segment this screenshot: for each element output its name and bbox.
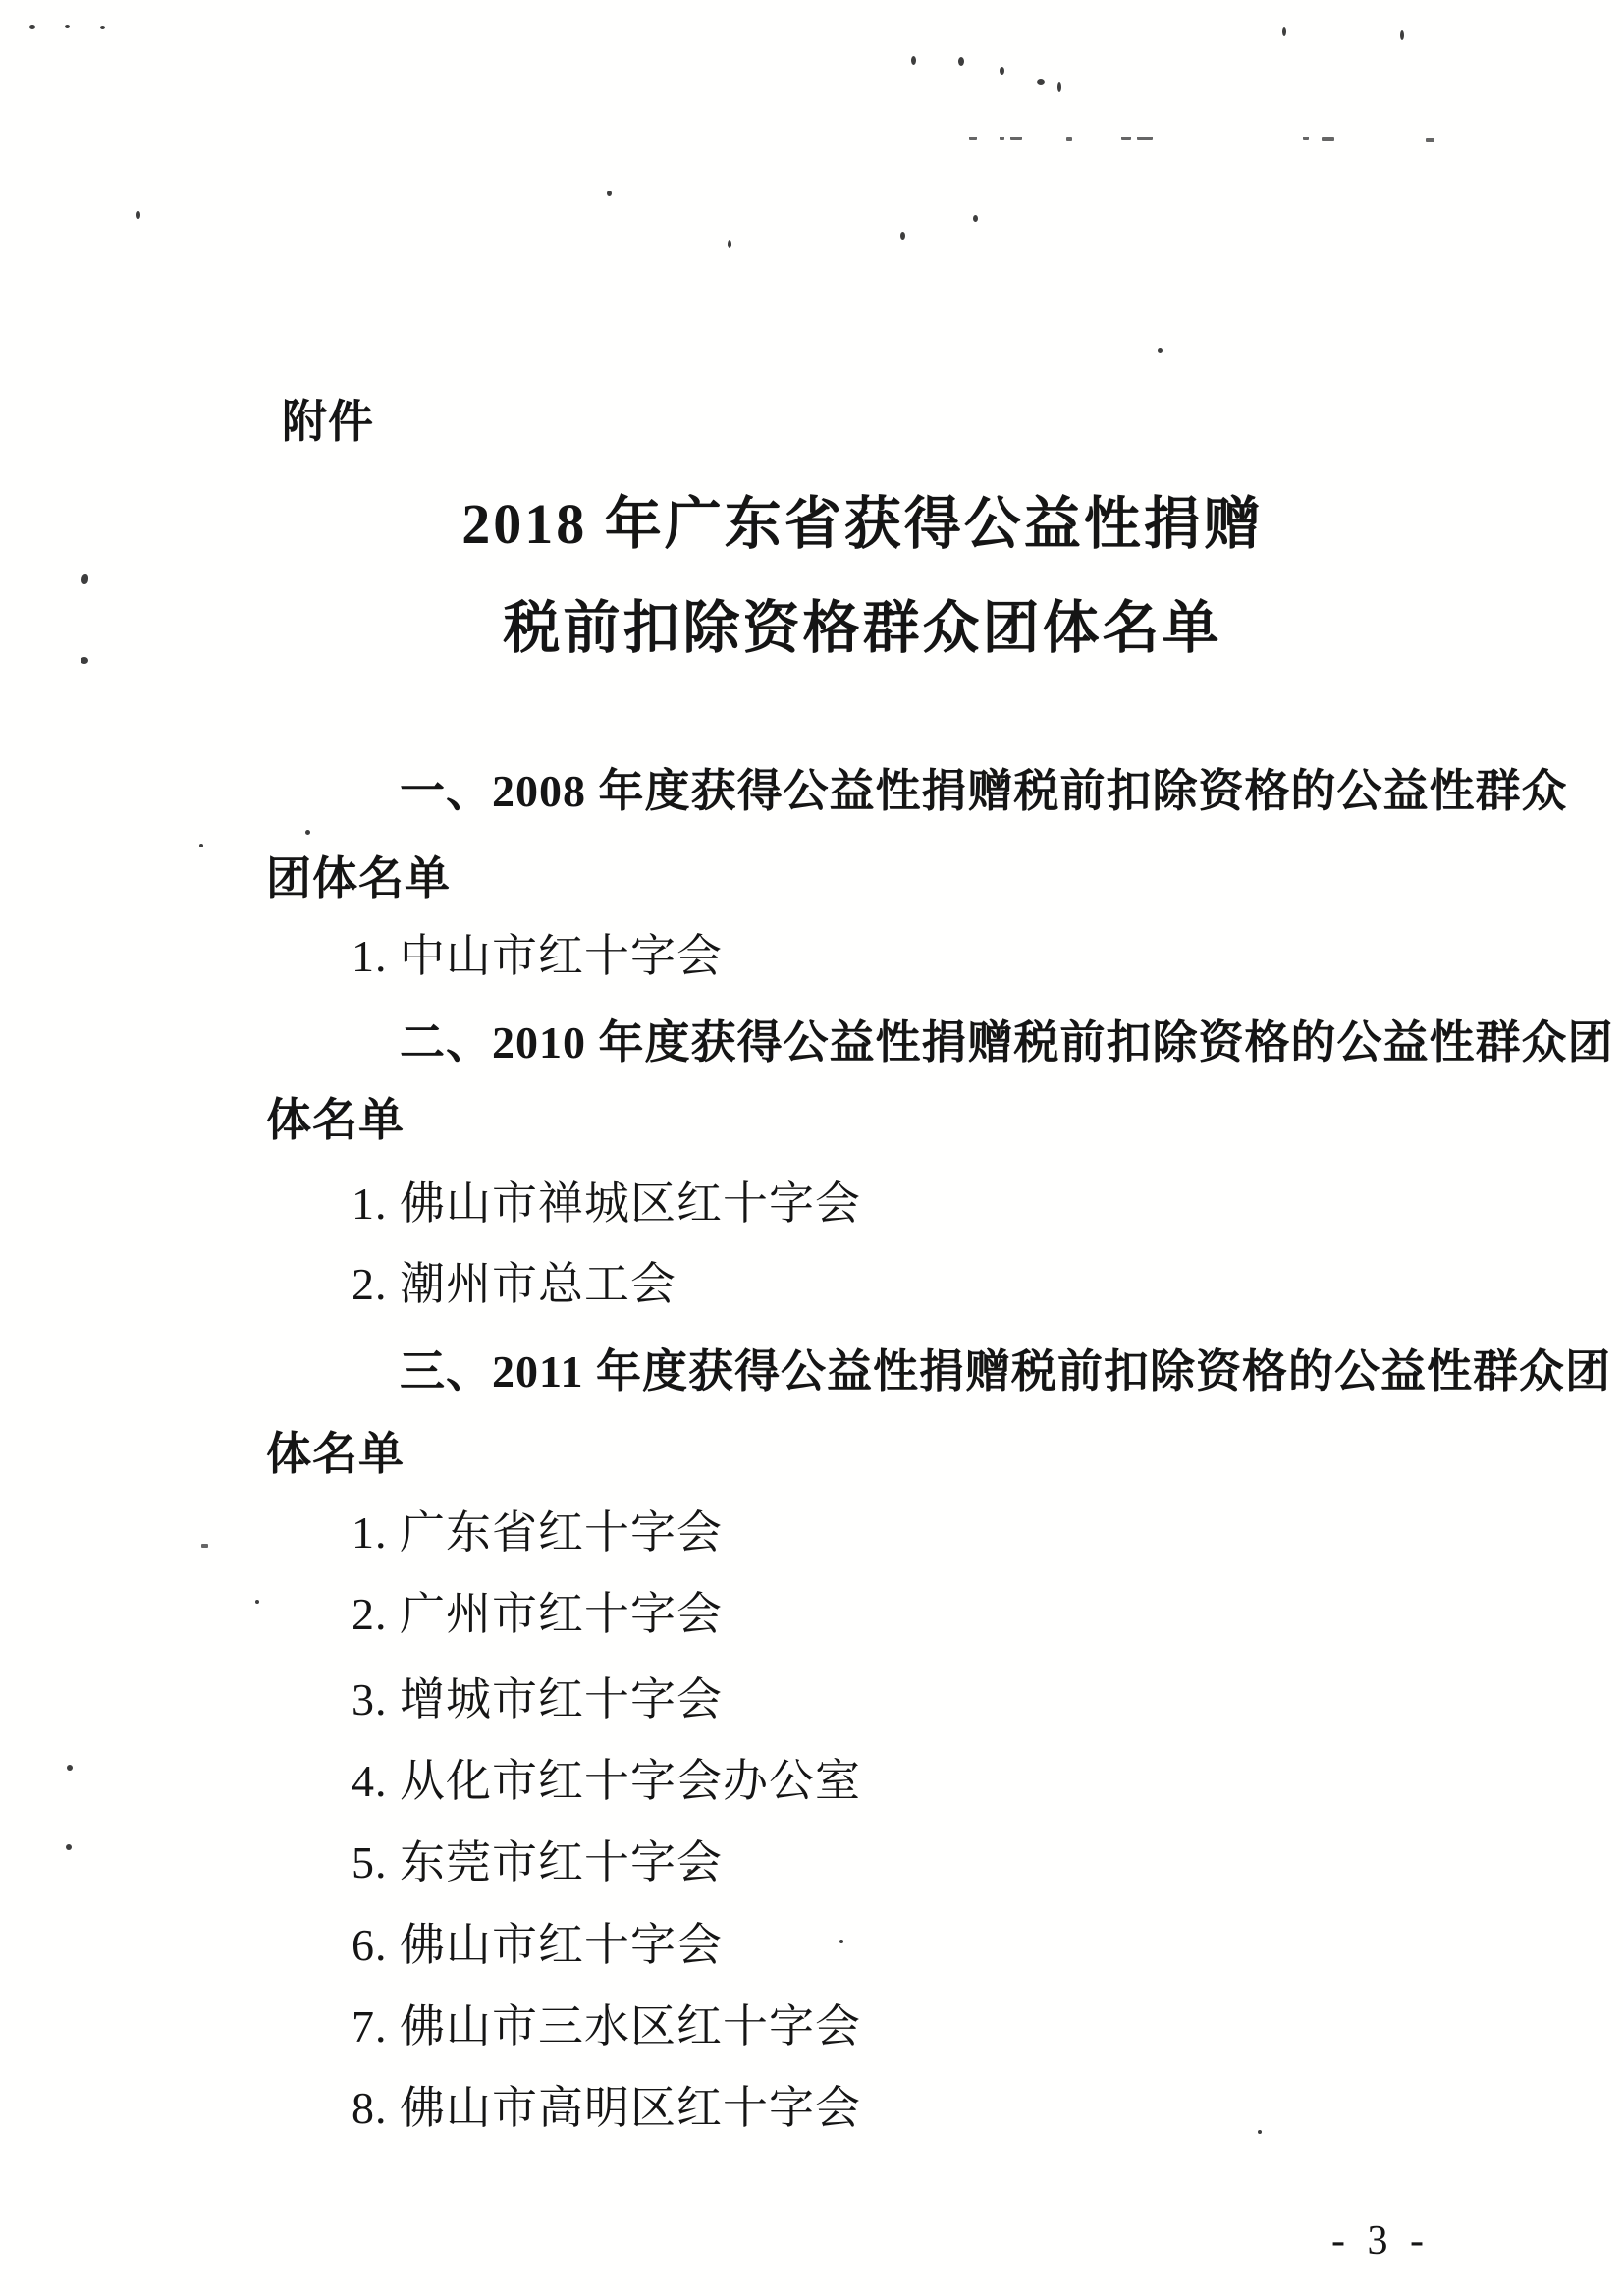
scan-speck <box>728 240 731 248</box>
scan-speck <box>1000 67 1004 75</box>
section-2-heading-continuation: 体名单 <box>266 1097 405 1144</box>
scanned-document-page: 附件 2018 年广东省获得公益性捐赠 税前扣除资格群众团体名单 一、2008 … <box>0 0 1623 2296</box>
scan-speck <box>969 137 977 140</box>
scan-speck <box>65 25 70 28</box>
section-2-heading: 二、2010 年度获得公益性捐赠税前扣除资格的公益性群众团 <box>400 1019 1614 1066</box>
scan-speck <box>136 211 140 219</box>
scan-speck <box>100 26 105 29</box>
attachment-label: 附件 <box>282 399 374 446</box>
list-item: 1. 中山市红十字会 <box>352 933 723 980</box>
section-1-heading-continuation: 团体名单 <box>266 855 451 902</box>
document-title-line1: 2018 年广东省获得公益性捐赠 <box>0 477 1623 560</box>
scan-speck <box>66 1844 72 1850</box>
scan-speck <box>911 56 916 65</box>
list-item: 5. 东莞市红十字会 <box>352 1839 723 1886</box>
list-item: 6. 佛山市红十字会 <box>352 1922 723 1969</box>
scan-speck <box>305 830 310 835</box>
list-item: 2. 潮州市总工会 <box>352 1261 676 1308</box>
scan-speck <box>1158 348 1163 353</box>
section-3-heading: 三、2011 年度获得公益性捐赠税前扣除资格的公益性群众团 <box>400 1348 1611 1395</box>
page-number: - 3 - <box>1331 2217 1430 2265</box>
section-3-heading-continuation: 体名单 <box>266 1431 405 1478</box>
scan-speck <box>1057 82 1061 92</box>
scan-speck <box>1322 137 1334 141</box>
scan-speck <box>255 1600 259 1604</box>
scan-speck <box>67 1765 73 1771</box>
scan-speck <box>1400 30 1404 40</box>
scan-speck <box>1037 79 1045 85</box>
scan-speck <box>29 25 35 29</box>
list-item: 1. 广东省红十字会 <box>352 1509 723 1557</box>
document-title-line2: 税前扣除资格群众团体名单 <box>0 581 1623 664</box>
section-1-heading: 一、2008 年度获得公益性捐赠税前扣除资格的公益性群众 <box>400 768 1568 815</box>
scan-speck <box>1066 137 1072 141</box>
scan-speck <box>607 191 612 196</box>
scan-speck <box>1000 137 1004 140</box>
scan-speck <box>201 1544 208 1548</box>
list-item: 8. 佛山市高明区红十字会 <box>352 2085 861 2132</box>
scan-speck <box>973 215 978 222</box>
scan-speck <box>1010 137 1022 140</box>
scan-speck <box>958 57 964 66</box>
list-item: 7. 佛山市三水区红十字会 <box>352 2003 861 2050</box>
scan-speck <box>1137 137 1153 140</box>
scan-speck <box>199 844 203 847</box>
scan-speck <box>900 232 905 240</box>
list-item: 4. 从化市红十字会办公室 <box>352 1758 861 1805</box>
scan-speck <box>839 1940 843 1943</box>
list-item: 1. 佛山市禅城区红十字会 <box>352 1180 861 1228</box>
list-item: 2. 广州市红十字会 <box>352 1591 723 1638</box>
scan-speck <box>1121 137 1131 140</box>
list-item: 3. 增城市红十字会 <box>352 1676 723 1723</box>
scan-speck <box>1303 137 1309 140</box>
scan-speck <box>1258 2130 1262 2134</box>
scan-speck <box>1282 27 1286 36</box>
scan-speck <box>1426 138 1434 142</box>
